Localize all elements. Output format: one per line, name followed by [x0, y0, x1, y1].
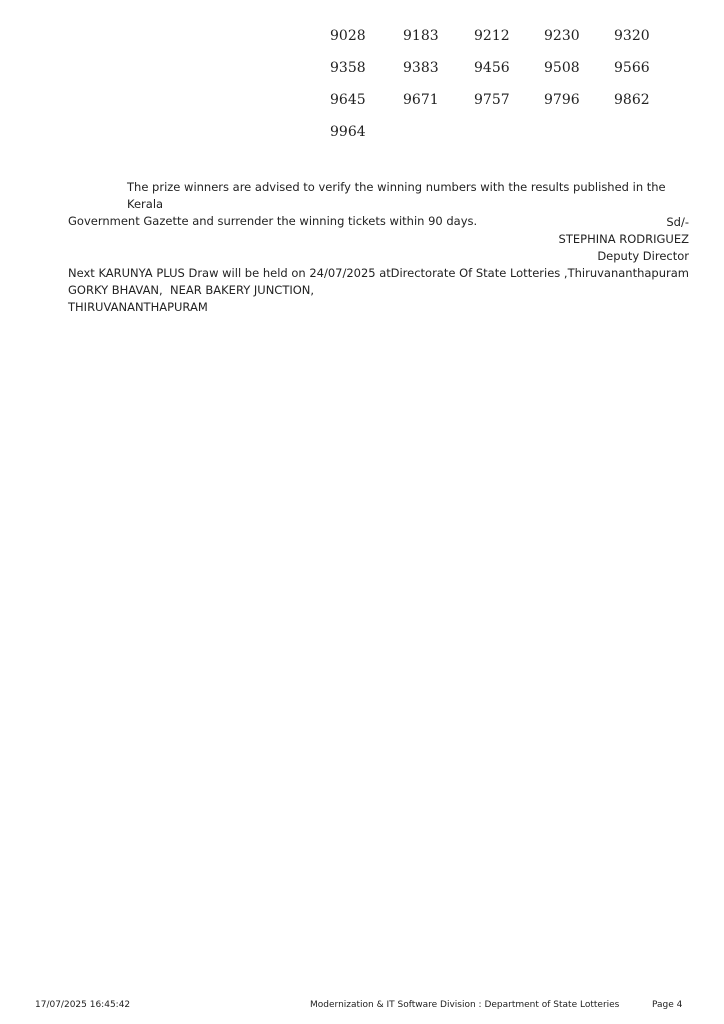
signatory-designation: Deputy Director	[597, 249, 689, 263]
winning-numbers-grid: 9028918392129230932093589383945695089566…	[330, 28, 670, 156]
winning-number: 9508	[544, 60, 580, 76]
footer-division: Modernization & IT Software Division : D…	[310, 1000, 619, 1010]
footer-timestamp: 17/07/2025 16:45:42	[35, 1000, 130, 1010]
winning-number: 9212	[474, 28, 510, 44]
winning-number: 9456	[474, 60, 510, 76]
notice-line-1: The prize winners are advised to verify …	[68, 179, 696, 213]
winning-number: 9383	[403, 60, 439, 76]
winning-number: 9757	[474, 92, 510, 108]
winning-number: 9230	[544, 28, 580, 44]
winning-number: 9862	[614, 92, 650, 108]
next-draw-line-3: THIRUVANANTHAPURAM	[68, 299, 391, 316]
number-row: 93589383945695089566	[330, 60, 670, 92]
notice-paragraph: The prize winners are advised to verify …	[68, 179, 696, 230]
next-draw-info: Next KARUNYA PLUS Draw will be held on 2…	[68, 265, 391, 316]
number-row: 90289183921292309320	[330, 28, 670, 60]
winning-number: 9964	[330, 124, 366, 140]
next-draw-line-2: GORKY BHAVAN, NEAR BAKERY JUNCTION,	[68, 282, 391, 299]
winning-number: 9645	[330, 92, 366, 108]
winning-number: 9796	[544, 92, 580, 108]
signatory-office: Directorate Of State Lotteries ,Thiruvan…	[391, 266, 689, 280]
winning-number: 9028	[330, 28, 366, 44]
footer-page-number: Page 4	[652, 1000, 682, 1010]
winning-number: 9566	[614, 60, 650, 76]
winning-number: 9671	[403, 92, 439, 108]
number-row: 9964	[330, 124, 670, 156]
next-draw-line-1: Next KARUNYA PLUS Draw will be held on 2…	[68, 265, 391, 282]
notice-line-2: Government Gazette and surrender the win…	[68, 213, 696, 230]
number-row: 96459671975797969862	[330, 92, 670, 124]
winning-number: 9320	[614, 28, 650, 44]
winning-number: 9183	[403, 28, 439, 44]
winning-number: 9358	[330, 60, 366, 76]
signatory-name: STEPHINA RODRIGUEZ	[559, 232, 689, 246]
signature-sd: Sd/-	[666, 215, 689, 229]
